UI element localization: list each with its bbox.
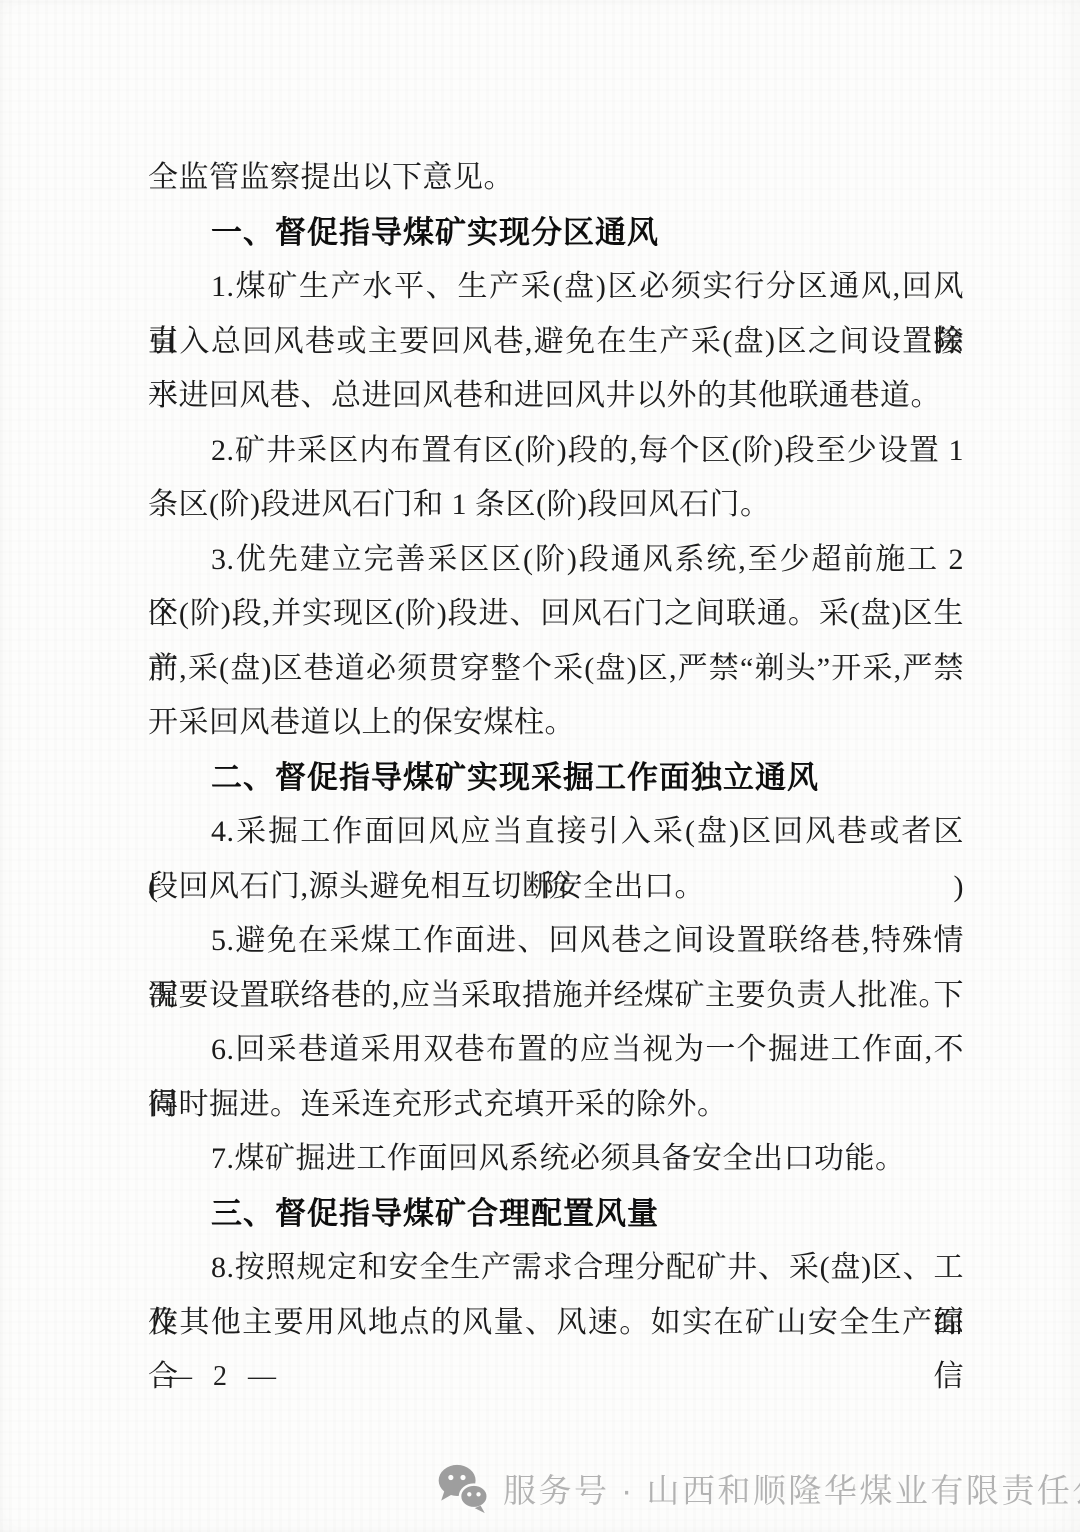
document-page: 全监管监察提出以下意见。一、督促指导煤矿实现分区通风1.煤矿生产水平、生产采(盘…	[0, 0, 1080, 1532]
text-line: 及其他主要用风地点的风量、风速。如实在矿山安全生产综合信	[148, 1296, 964, 1351]
text-line: 7.煤矿掘进工作面回风系统必须具备安全出口功能。	[148, 1132, 964, 1187]
text-line: 8.按照规定和安全生产需求合理分配矿井、采(盘)区、工作面	[148, 1241, 964, 1296]
text-line: 平进回风巷、总进回风巷和进回风井以外的其他联通巷道。	[148, 369, 964, 424]
text-line: 引入总回风巷或主要回风巷,避免在生产采(盘)区之间设置除水	[148, 315, 964, 370]
text-line: 开采回风巷道以上的保安煤柱。	[148, 696, 964, 751]
text-line: 2.矿井采区内布置有区(阶)段的,每个区(阶)段至少设置 1	[148, 424, 964, 479]
footer-watermark: 服务号 · 山西和顺隆华煤业有限责任公司	[436, 1462, 1080, 1514]
section-heading: 二、督促指导煤矿实现采掘工作面独立通风	[148, 751, 964, 806]
text-line: 前,采(盘)区巷道必须贯穿整个采(盘)区,严禁“剃头”开采,严禁	[148, 642, 964, 697]
footer-account-text: 服务号 · 山西和顺隆华煤业有限责任公司	[503, 1465, 1080, 1512]
text-line: 1.煤矿生产水平、生产采(盘)区必须实行分区通风,回风直接	[148, 260, 964, 315]
document-body: 全监管监察提出以下意见。一、督促指导煤矿实现分区通风1.煤矿生产水平、生产采(盘…	[148, 151, 964, 1350]
text-line: 区(阶)段,并实现区(阶)段进、回风石门之间联通。采(盘)区生产	[148, 587, 964, 642]
text-line: 同时掘进。连采连充形式充填开采的除外。	[148, 1078, 964, 1133]
text-line: 6.回采巷道采用双巷布置的应当视为一个掘进工作面,不得	[148, 1023, 964, 1078]
text-line: 4.采掘工作面回风应当直接引入采(盘)区回风巷或者区(阶)	[148, 805, 964, 860]
text-line: 全监管监察提出以下意见。	[148, 151, 964, 206]
text-line: 需要设置联络巷的,应当采取措施并经煤矿主要负责人批准。	[148, 969, 964, 1024]
text-line: 3.优先建立完善采区区(阶)段通风系统,至少超前施工 2 个	[148, 533, 964, 588]
section-heading: 一、督促指导煤矿实现分区通风	[148, 206, 964, 261]
text-line: 5.避免在采煤工作面进、回风巷之间设置联络巷,特殊情况下	[148, 914, 964, 969]
wechat-icon	[436, 1462, 490, 1514]
section-heading: 三、督促指导煤矿合理配置风量	[148, 1187, 964, 1242]
text-line: 条区(阶)段进风石门和 1 条区(阶)段回风石门。	[148, 478, 964, 533]
page-number: — 2 —	[164, 1350, 283, 1405]
